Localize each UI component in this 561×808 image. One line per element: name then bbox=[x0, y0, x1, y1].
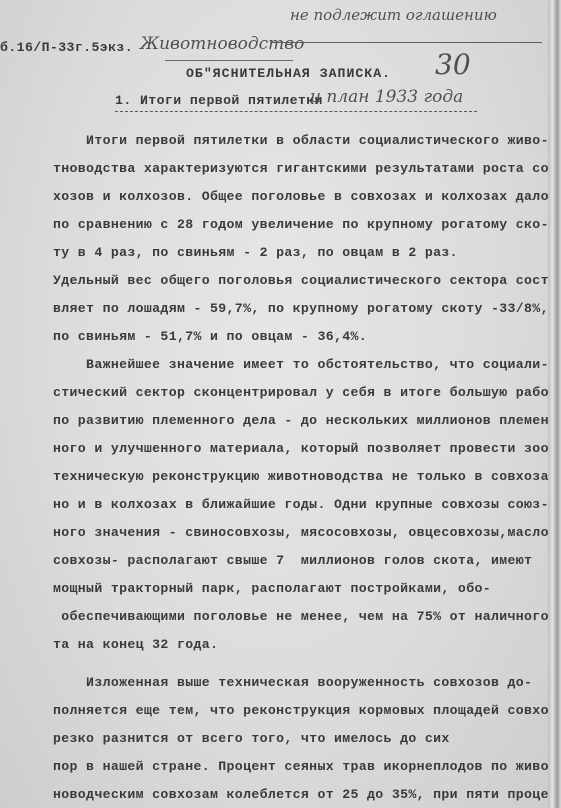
section-heading: 1. Итоги первой пятилетки bbox=[115, 93, 323, 108]
handwritten-note: не подлежит оглашению bbox=[290, 6, 497, 24]
text-line: Изложенная выше техническая вооруженност… bbox=[53, 675, 532, 690]
text-line: Итоги первой пятилетки в области социали… bbox=[53, 133, 549, 148]
text-line: по свиньям - 51,7% и по овцам - 36,4%. bbox=[53, 329, 367, 344]
page-number: 30 bbox=[435, 48, 471, 81]
text-line: ного значения - свиносовхозы, мясосовхоз… bbox=[53, 525, 557, 540]
reference-number: б.16/П-33г.5экз. bbox=[0, 40, 133, 55]
page-edge bbox=[548, 0, 561, 808]
text-line: мощный тракторный парк, располагают пост… bbox=[53, 581, 491, 596]
text-line: но и в колхозах в ближайшие годы. Одни к… bbox=[53, 497, 549, 512]
text-line: хозов и колхозов. Общее поголовье в совх… bbox=[53, 189, 549, 204]
text-line: пор в нашей стране. Процент сеяных трав … bbox=[53, 759, 561, 774]
handwritten-heading-addition: и план 1933 года bbox=[310, 87, 463, 107]
text-line: ного и улучшенного материала, который по… bbox=[53, 441, 557, 456]
text-line: обеспечивающими поголовье не менее, чем … bbox=[53, 609, 561, 624]
text-line: техническую реконструкцию животноводства… bbox=[53, 469, 561, 484]
text-line: та на конец 32 года. bbox=[53, 637, 218, 652]
text-line: Важнейшее значение имеет то обстоятельст… bbox=[53, 357, 549, 372]
text-line: стический сектор сконцентрировал у себя … bbox=[53, 385, 561, 400]
text-line: тноводства характеризуются гигантскими р… bbox=[53, 161, 561, 176]
heading-underline bbox=[115, 111, 477, 112]
text-line: ту в 4 раз, по свиньям - 2 раз, по овцам… bbox=[53, 245, 458, 260]
document-page: б.16/П-33г.5экз. Животноводство не подле… bbox=[0, 0, 548, 808]
handwritten-topic: Животноводство bbox=[140, 34, 304, 54]
text-line: вляет по лошадям - 59,7%, по крупному ро… bbox=[53, 301, 549, 316]
note-underline bbox=[270, 42, 542, 43]
text-line: Удельный вес общего поголовья социалисти… bbox=[53, 273, 561, 288]
topic-underline bbox=[165, 60, 293, 61]
text-line: новодческим совхозам колеблется от 25 до… bbox=[53, 787, 561, 802]
text-line: по развитию племенного дела - до несколь… bbox=[53, 413, 557, 428]
text-line: совхозы- располагают свыше 7 миллионов г… bbox=[53, 553, 532, 568]
text-line: полняется еще тем, что реконструкция кор… bbox=[53, 703, 561, 718]
text-line: по сравнению с 28 годом увеличение по кр… bbox=[53, 217, 549, 232]
document-title: ОБ"ЯСНИТЕЛЬНАЯ ЗАПИСКА. bbox=[186, 66, 391, 81]
text-line: резко разнится от всего того, что имелос… bbox=[53, 731, 450, 746]
